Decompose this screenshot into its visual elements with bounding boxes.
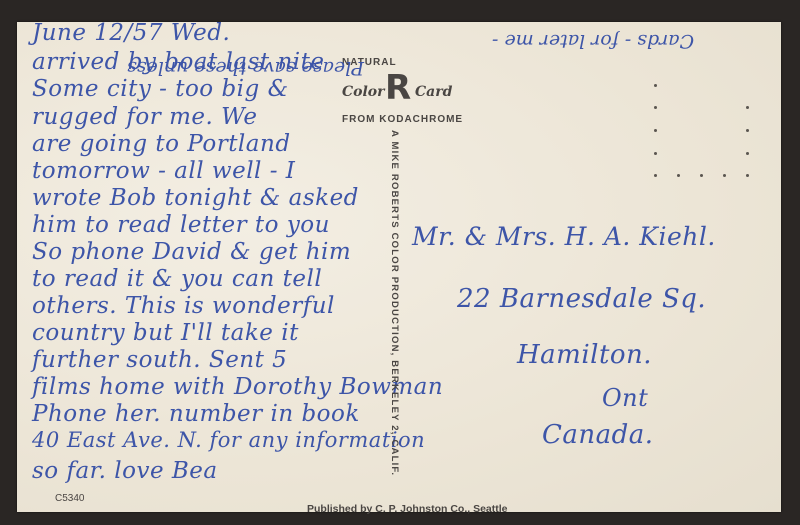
logo-card-text: Card xyxy=(415,84,452,100)
address-city: Hamilton. xyxy=(517,340,652,370)
message-line: others. This is wonderful xyxy=(32,293,335,319)
address-province: Ont xyxy=(602,384,648,412)
postcard-back: June 12/57 Wed. arrived by boat last nit… xyxy=(17,22,781,512)
logo-color-text: Color xyxy=(342,84,385,100)
publisher-credit: Published by C. P. Johnston Co., Seattle xyxy=(307,503,508,515)
card-code: C5340 xyxy=(55,493,84,504)
message-line: June 12/57 Wed. xyxy=(32,20,230,46)
upside-down-note-line: Cards - for later me - xyxy=(492,30,694,52)
logo-kodachrome-text: FROM KODACHROME xyxy=(342,114,463,125)
message-line: rugged for me. We xyxy=(32,104,257,130)
message-line: 40 East Ave. N. for any information xyxy=(32,428,425,452)
message-line: Phone her. number in book xyxy=(32,401,360,427)
message-line: are going to Portland xyxy=(32,131,291,157)
address-country: Canada. xyxy=(542,420,654,450)
message-line: wrote Bob tonight & asked xyxy=(32,185,359,211)
vertical-production-credit: A MIKE ROBERTS COLOR PRODUCTION, BERKELE… xyxy=(389,130,400,476)
message-signoff: so far. love Bea xyxy=(32,458,218,484)
message-line: So phone David & get him xyxy=(32,239,351,265)
message-line: further south. Sent 5 xyxy=(32,347,287,373)
message-line: tomorrow - all well - I xyxy=(32,158,295,184)
address-street: 22 Barnesdale Sq. xyxy=(457,284,706,314)
message-line: country but I'll take it xyxy=(32,320,299,346)
message-line: him to read letter to you xyxy=(32,212,330,238)
upside-down-note-line: Please save these unless xyxy=(127,57,364,79)
address-recipient: Mr. & Mrs. H. A. Kiehl. xyxy=(412,222,716,251)
message-line: Some city - too big & xyxy=(32,76,289,102)
message-line: to read it & you can tell xyxy=(32,266,322,292)
kodak-r-emblem-icon: R xyxy=(385,68,411,108)
message-line: films home with Dorothy Bowman xyxy=(32,374,443,400)
